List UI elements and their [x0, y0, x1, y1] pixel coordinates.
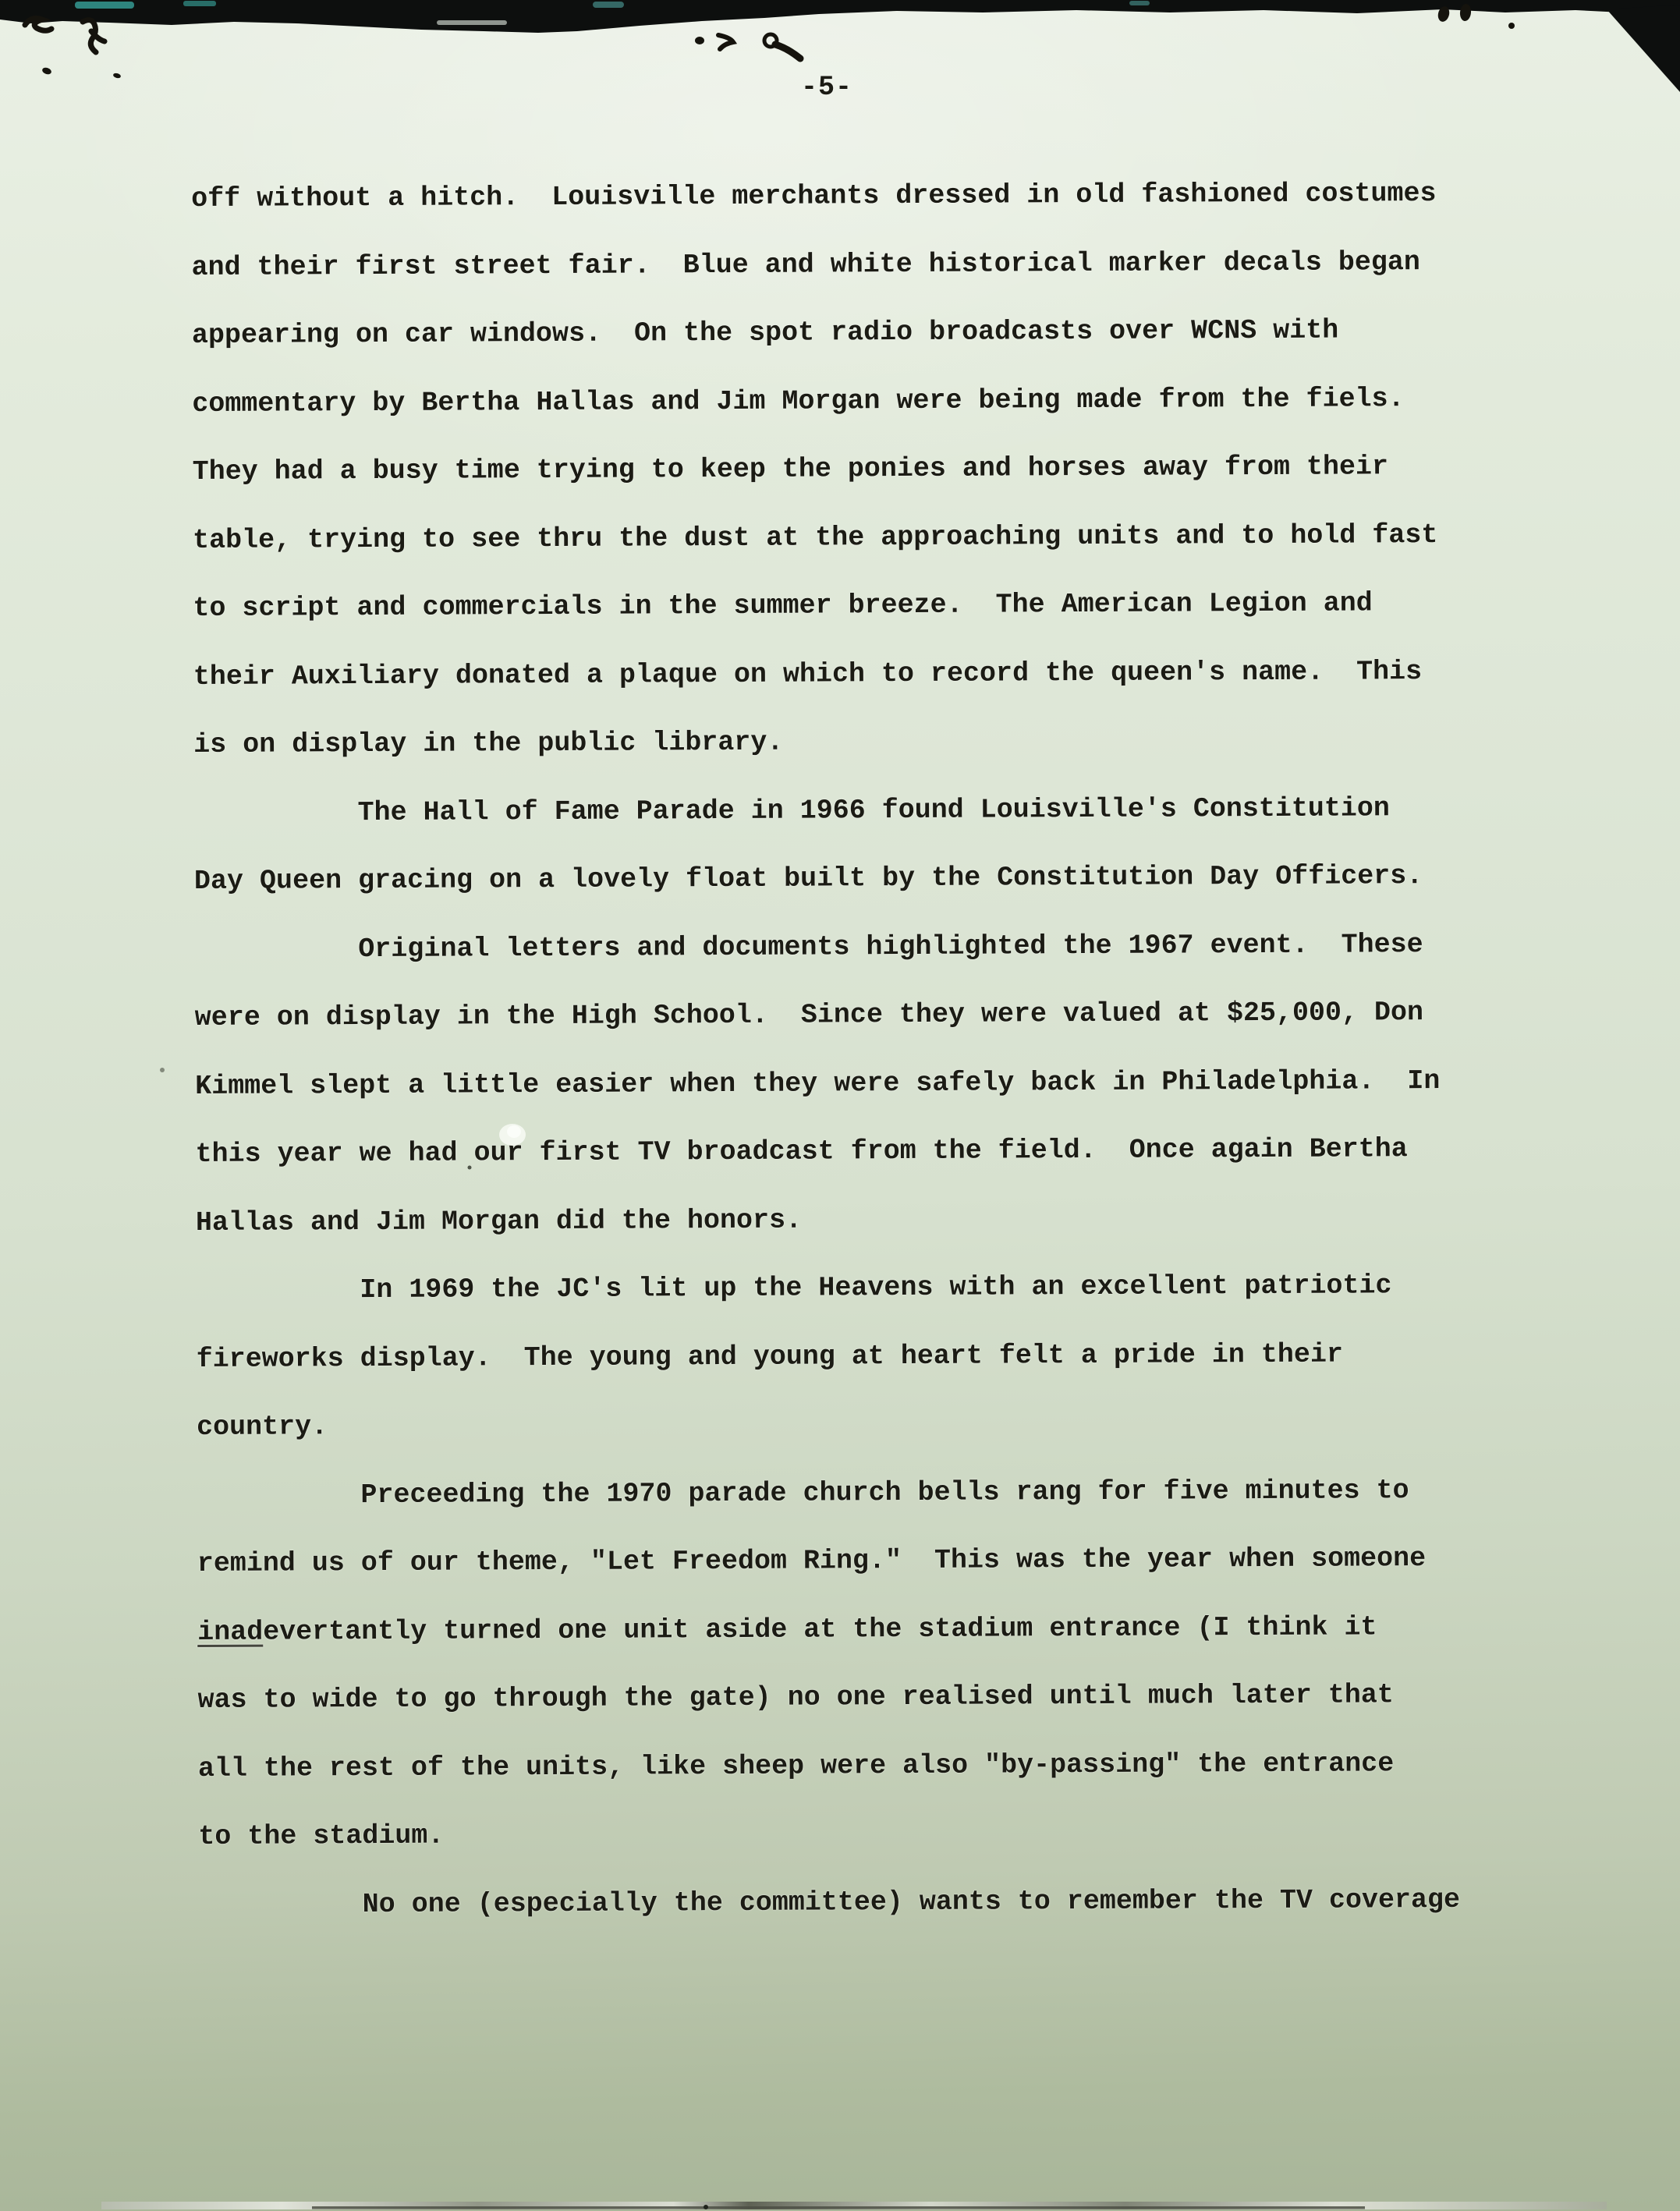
text-line: Day Queen gracing on a lovely float buil… — [194, 842, 1567, 916]
text-line: Hallas and Jim Morgan did the honors. — [196, 1183, 1568, 1257]
scanned-document-page: -5- off without a hitch. Louisville merc… — [0, 0, 1680, 2211]
bottom-scan-edge-line — [312, 2206, 1365, 2209]
underlined-text: inad — [197, 1616, 263, 1647]
text-line: In 1969 the JC's lit up the Heavens with… — [196, 1251, 1568, 1325]
text-line: The Hall of Fame Parade in 1966 found Lo… — [193, 774, 1566, 848]
gray-fleck — [437, 20, 507, 25]
text-line: commentary by Bertha Hallas and Jim Morg… — [192, 364, 1565, 438]
text-line: inadevertantly turned one unit aside at … — [197, 1593, 1570, 1667]
ink-drop-top-right-2 — [1459, 3, 1472, 21]
bottom-scan-edge-streak — [101, 2202, 1607, 2209]
ink-tail-center — [775, 44, 800, 58]
ink-loop-center — [764, 34, 777, 47]
text-line: Kimmel slept a little easier when they w… — [195, 1047, 1568, 1121]
ink-squiggle-top-left-2 — [83, 20, 105, 52]
text-line: is on display in the public library. — [193, 705, 1566, 779]
ink-squiggle-top-left-1 — [25, 19, 51, 31]
text-line: table, trying to see thru the dust at th… — [193, 501, 1565, 575]
text-line: fireworks display. The young and young a… — [196, 1320, 1568, 1394]
teal-streak — [183, 1, 216, 6]
teal-streak — [75, 2, 134, 9]
text-line: They had a busy time trying to keep the … — [193, 432, 1565, 506]
text-line: No one (especially the committee) wants … — [199, 1866, 1572, 1940]
text-line: country. — [197, 1387, 1569, 1462]
text-line: was to wide to go through the gate) no o… — [197, 1660, 1570, 1734]
faint-ink-dot — [160, 1068, 165, 1072]
page-number: -5- — [0, 72, 1653, 103]
text-line: off without a hitch. Louisville merchant… — [191, 159, 1564, 233]
text-line: this year we had our first TV broadcast … — [195, 1114, 1568, 1189]
text-line: were on display in the High School. Sinc… — [195, 978, 1568, 1052]
text-line: their Auxiliary donated a plaque on whic… — [193, 637, 1566, 711]
teal-streak — [1129, 1, 1150, 5]
text-line: remind us of our theme, "Let Freedom Rin… — [197, 1524, 1570, 1598]
text-line: to the stadium. — [198, 1797, 1571, 1871]
text-line: Preceeding the 1970 parade church bells … — [197, 1456, 1569, 1530]
text-line: and their first street fair. Blue and wh… — [191, 228, 1564, 302]
text-line: Original letters and documents highlight… — [194, 910, 1567, 984]
text-line: all the rest of the units, like sheep we… — [198, 1729, 1571, 1803]
typewritten-text: off without a hitch. Louisville merchant… — [191, 159, 1572, 1940]
top-scan-edge-band — [0, 0, 1680, 33]
ink-dot-top-right — [1508, 23, 1515, 29]
text-line: appearing on car windows. On the spot ra… — [192, 296, 1565, 370]
bottom-edge-fleck — [704, 2205, 708, 2209]
teal-streak — [593, 2, 624, 8]
ink-check-center — [718, 35, 733, 49]
text-line: to script and commercials in the summer … — [193, 569, 1565, 643]
ink-dot-center — [695, 37, 704, 44]
ink-drop-top-right-1 — [1437, 5, 1451, 23]
